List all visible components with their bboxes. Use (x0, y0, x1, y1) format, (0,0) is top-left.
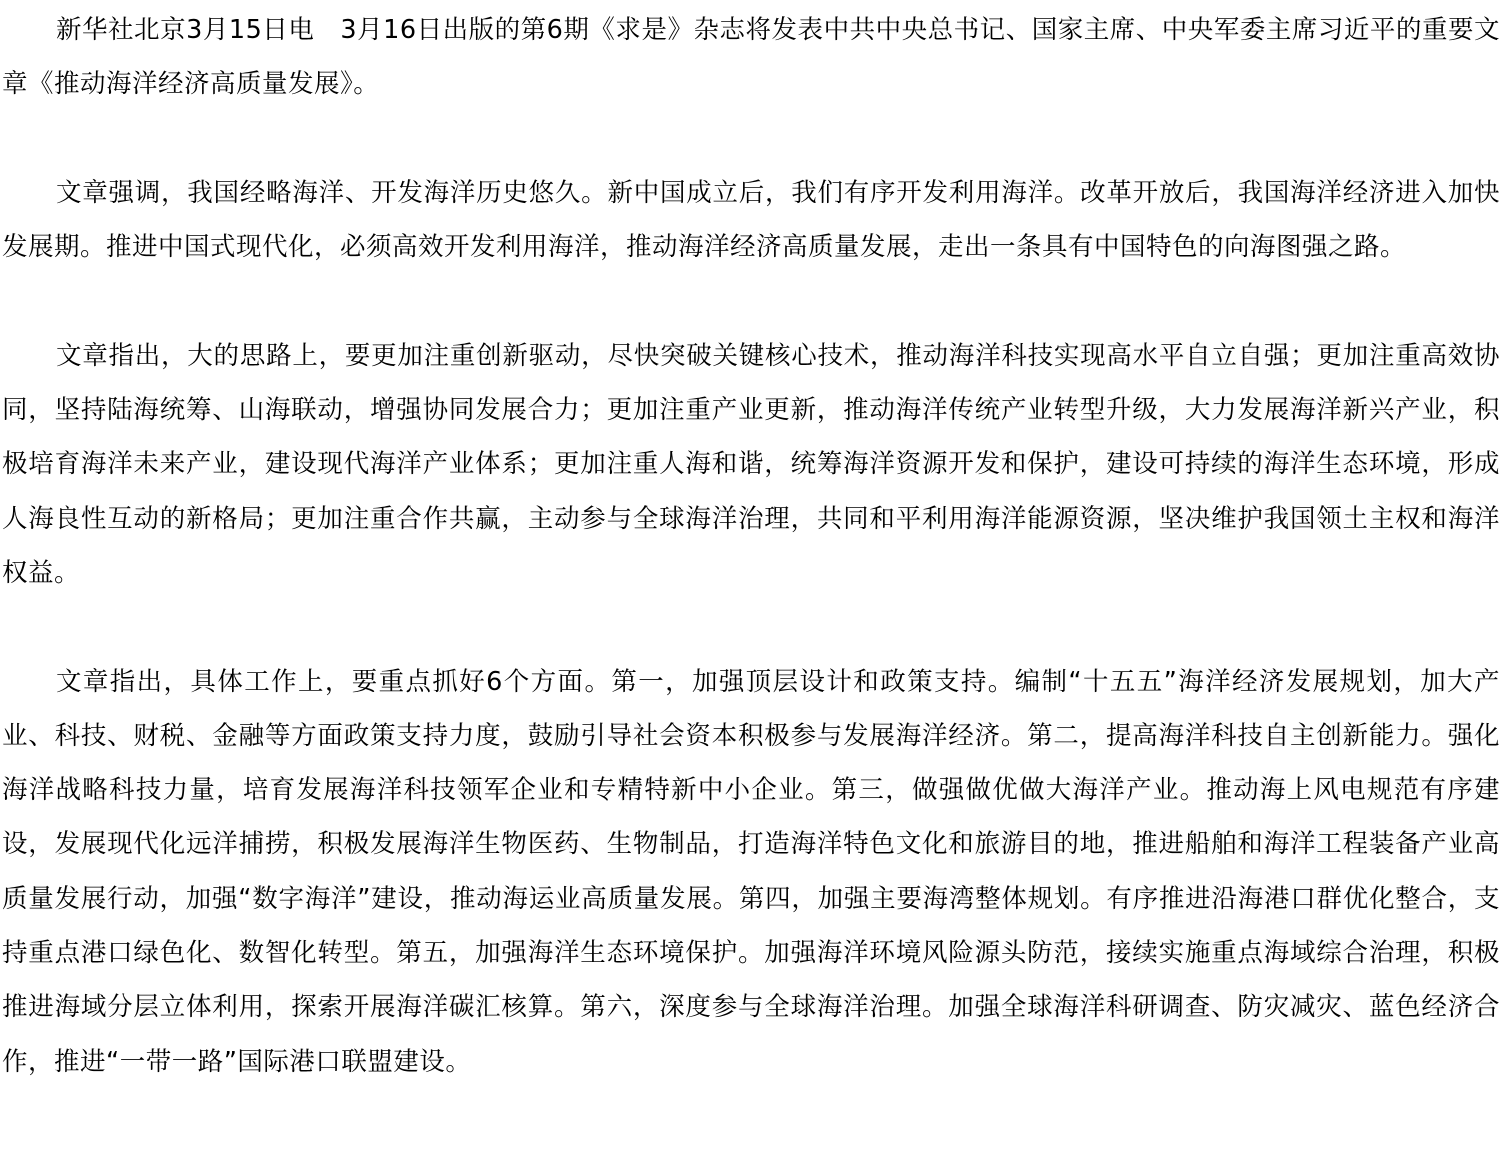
paragraph-history: 文章强调，我国经略海洋、开发海洋历史悠久。新中国成立后，我们有序开发利用海洋。改… (2, 166, 1500, 275)
paragraph-lead: 新华社北京3月15日电 3月16日出版的第6期《求是》杂志将发表中共中央总书记、… (2, 3, 1500, 112)
article-body: 新华社北京3月15日电 3月16日出版的第6期《求是》杂志将发表中共中央总书记、… (0, 0, 1500, 1089)
paragraph-six-tasks: 文章指出，具体工作上，要重点抓好6个方面。第一，加强顶层设计和政策支持。编制“十… (2, 655, 1500, 1089)
paragraph-approach: 文章指出，大的思路上，要更加注重创新驱动，尽快突破关键核心技术，推动海洋科技实现… (2, 329, 1500, 600)
